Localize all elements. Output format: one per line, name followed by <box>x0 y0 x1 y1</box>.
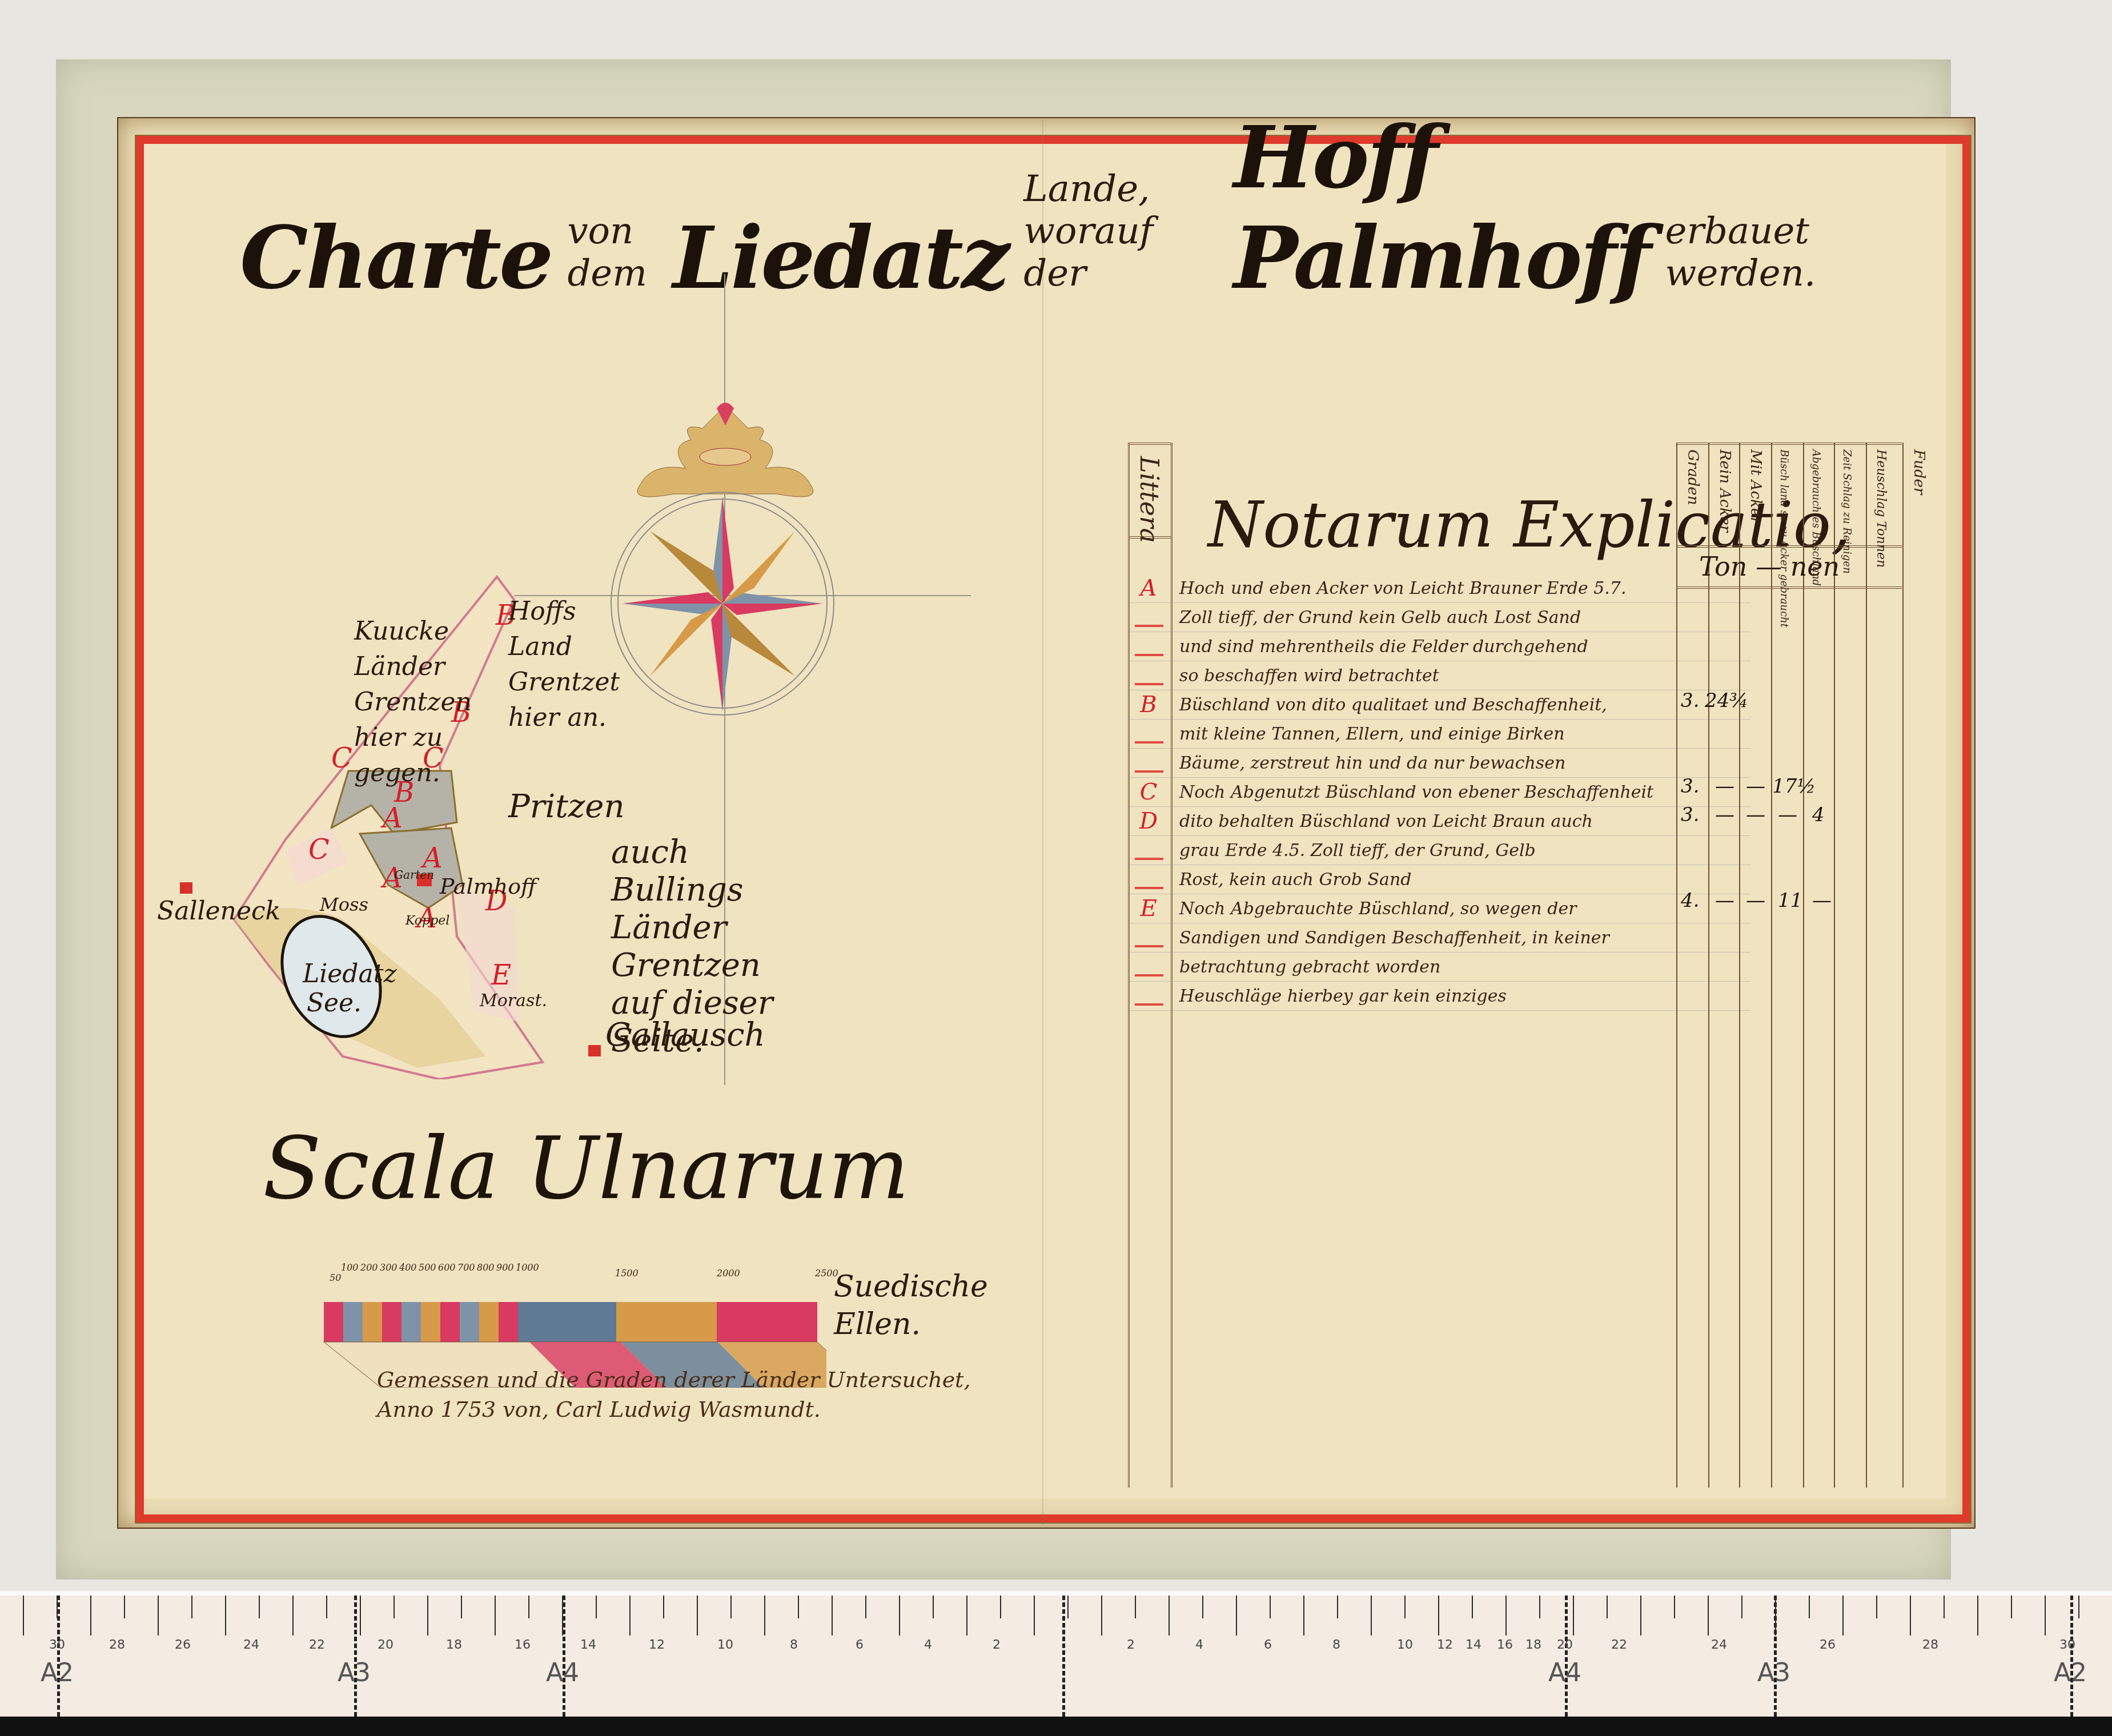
ruler-number: 12 <box>649 1638 665 1652</box>
scale-title: Scala Ulnarum <box>263 1119 909 1219</box>
ruler-number: 16 <box>515 1638 531 1652</box>
label-palmhoff-estate: Palmhoff <box>440 874 536 899</box>
ruler-tick <box>1236 1596 1237 1635</box>
scale-tick: 500 <box>419 1262 436 1273</box>
ruler-tick <box>124 1596 125 1618</box>
ruler-tick <box>832 1596 833 1635</box>
red-dash <box>1135 974 1163 976</box>
ruler-number: 26 <box>1820 1638 1836 1652</box>
ruler-tick <box>629 1596 631 1635</box>
ruler-size-label: A2 <box>2054 1658 2087 1687</box>
table-column-rule <box>1708 443 1709 1488</box>
label-kuucke-borders: Kuucke Länder Grentzen hier zu gegen. <box>354 614 457 791</box>
row-letter: C <box>1134 779 1163 805</box>
cell-graden-D: 4. <box>1681 889 1699 912</box>
red-dash <box>1135 741 1163 744</box>
center-fold <box>1042 120 1043 1525</box>
red-dash <box>1135 770 1163 773</box>
ruler-number: 14 <box>580 1638 596 1652</box>
area-letter: E <box>491 959 511 991</box>
ruler-tick <box>1842 1596 1844 1635</box>
ruler-number: 22 <box>309 1638 325 1652</box>
scanner-edge <box>0 1717 2112 1736</box>
scale-tick: 700 <box>457 1262 475 1273</box>
row-text: Rost, kein auch Grob Sand <box>1179 870 1412 890</box>
row-text: Büschland von dito qualitaet und Beschaf… <box>1179 695 1607 715</box>
ruler-number: 20 <box>378 1638 394 1652</box>
ruler-tick <box>1270 1596 1271 1618</box>
ruler-number: 10 <box>717 1638 733 1652</box>
row-text: Hoch und eben Acker von Leicht Brauner E… <box>1179 578 1627 598</box>
ruler-number: 10 <box>1397 1638 1413 1652</box>
red-dash <box>1135 945 1163 947</box>
surveyor-signature: Gemessen und die Graden derer Länder Unt… <box>377 1365 970 1424</box>
legend-row: so beschaffen wird betrachtet <box>1128 661 1750 690</box>
ruler-number: 30 <box>49 1638 65 1652</box>
ruler-tick <box>90 1596 91 1635</box>
ruler-number: 14 <box>1465 1638 1481 1652</box>
ruler-tick <box>326 1596 327 1618</box>
littera-header-label: Littera <box>1134 456 1163 543</box>
cell-B: — <box>1746 775 1765 798</box>
legend-row: grau Erde 4.5. Zoll tieff, der Grund, Ge… <box>1128 836 1750 865</box>
ruler-number: 20 <box>1557 1638 1573 1652</box>
red-dash <box>1135 654 1163 656</box>
ruler-tick <box>1977 1596 1978 1635</box>
label-garten: Garten <box>394 868 434 882</box>
ruler-tick <box>225 1596 226 1635</box>
row-text: betrachtung gebracht worden <box>1179 957 1440 977</box>
col-header-fuder: Fuder <box>1910 449 1928 495</box>
scale-tick: 1500 <box>615 1268 639 1279</box>
ruler-tick <box>1101 1596 1102 1635</box>
map-title: Charte von dem Liedatz Lande, worauf der… <box>240 160 1839 308</box>
row-text: Heuschläge hierbey gar kein einziges <box>1179 986 1507 1006</box>
tonnen-label: Ton — nen <box>1699 551 1840 582</box>
ruler-tick <box>697 1596 698 1635</box>
scale-tick: 900 <box>496 1262 514 1273</box>
ruler-tick <box>1944 1596 1945 1618</box>
cell-graden-C: 3. <box>1681 803 1699 826</box>
col-header-buschland-acker: Büsch land so zu Acker gebraucht <box>1778 449 1790 628</box>
table-column-rule <box>1866 443 1867 1488</box>
table-column-rule <box>1676 443 1677 1488</box>
ruler-tick <box>1910 1596 1911 1635</box>
ruler-size-label: A3 <box>1757 1658 1790 1687</box>
row-text: so beschaffen wird betrachtet <box>1179 666 1439 686</box>
ruler-number: 28 <box>1922 1638 1938 1652</box>
scale-tick: 50 <box>330 1272 341 1283</box>
legend-row: ENoch Abgebrauchte Büschland, so wegen d… <box>1128 894 1750 923</box>
ruler-number: 2 <box>993 1638 1001 1652</box>
table-column-rule <box>1739 443 1740 1488</box>
ruler-tick <box>1202 1596 1203 1618</box>
ruler-tick <box>495 1596 496 1635</box>
ruler-tick <box>764 1596 765 1635</box>
ruler-number: 6 <box>1264 1638 1272 1652</box>
row-text: Zoll tieff, der Grund kein Gelb auch Los… <box>1179 608 1581 628</box>
ruler-number: 8 <box>790 1638 798 1652</box>
ruler-tick <box>1472 1596 1473 1618</box>
title-part: von dem <box>567 210 657 308</box>
cell-C: — <box>1715 803 1734 826</box>
legend-rows: AHoch und eben Acker von Leicht Brauner … <box>1128 574 1750 1011</box>
ruler-tick <box>461 1596 462 1618</box>
ruler-tick <box>798 1596 799 1618</box>
col-header-zeit-schlag: Zeit Schlag zu Reinigen <box>1841 449 1853 574</box>
legend-row: Ddito behalten Büschland von Leicht Brau… <box>1128 807 1750 836</box>
row-text: Sandigen und Sandigen Beschaffenheit, in… <box>1179 928 1609 948</box>
ruler-tick <box>1539 1596 1540 1618</box>
ruler-tick <box>663 1596 664 1618</box>
measurements-table: Graden Rein Acker Mit Acker Büsch land s… <box>1676 443 1950 1488</box>
ruler-tick <box>427 1596 428 1635</box>
legend-row: betrachtung gebracht worden <box>1128 953 1750 982</box>
ruler-tick <box>1067 1596 1069 1618</box>
ruler-tick <box>1169 1596 1170 1635</box>
scale-tick: 1000 <box>516 1262 539 1273</box>
scale-tick: 600 <box>438 1262 456 1273</box>
ruler-number: 28 <box>109 1638 125 1652</box>
signature-line: Gemessen und die Graden derer Länder Unt… <box>377 1365 970 1395</box>
ruler-tick <box>562 1596 563 1635</box>
label-moss: Moss <box>320 894 368 915</box>
ruler-tick <box>730 1596 732 1618</box>
scale-unit-label: Suedische Ellen. <box>834 1268 948 1343</box>
red-dash <box>1135 1003 1163 1006</box>
ruler-number: 26 <box>175 1638 191 1652</box>
row-letter: B <box>1134 692 1163 718</box>
signature-line: Anno 1753 von, Carl Ludwig Wasmundt. <box>377 1395 970 1424</box>
label-salleneck: Salleneck <box>157 897 280 926</box>
row-text: mit kleine Tannen, Ellern, und einige Bi… <box>1179 724 1565 744</box>
cell-buschland-B: 17½ <box>1772 775 1816 798</box>
ruler-tick <box>1741 1596 1742 1618</box>
legend-row: Rost, kein auch Grob Sand <box>1128 865 1750 894</box>
ruler-tick <box>1034 1596 1035 1635</box>
ruler-tick <box>1640 1596 1641 1635</box>
scale-tick: 400 <box>399 1262 417 1273</box>
ruler-tick <box>360 1596 361 1635</box>
ruler-size-label: A4 <box>1548 1658 1581 1687</box>
ruler-tick <box>1607 1596 1608 1618</box>
estate-map: B B B A A A A C C C D E Kuucke Länder Gr… <box>143 565 828 1079</box>
cell-graden-B: 3. <box>1681 775 1699 798</box>
row-text: grau Erde 4.5. Zoll tieff, der Grund, Ge… <box>1179 841 1536 861</box>
table-rule <box>1676 586 1902 589</box>
ruler-tick <box>23 1596 24 1635</box>
scale-ticks: 50 100 200 300 400 500 600 700 800 900 1… <box>324 1262 826 1285</box>
cell-B: — <box>1715 775 1734 798</box>
ruler-tick <box>2045 1596 2046 1635</box>
row-text: Bäume, zerstreut hin und da nur bewachse… <box>1179 753 1565 773</box>
ruler-size-marker <box>1062 1596 1065 1721</box>
ruler-tick <box>2078 1596 2079 1618</box>
ruler-tick <box>57 1596 58 1618</box>
ruler-tick <box>191 1596 192 1618</box>
table-column-rule <box>1803 443 1804 1488</box>
title-part: Liedatz <box>673 208 1007 308</box>
ruler-tick <box>1135 1596 1136 1618</box>
legend-row: und sind mehrentheils die Felder durchge… <box>1128 632 1750 661</box>
legend-row: CNoch Abgenutzt Büschland von ebener Bes… <box>1128 778 1750 807</box>
title-part: Lande, worauf der <box>1023 168 1217 308</box>
ruler-tick <box>1573 1596 1574 1635</box>
ruler-tick <box>1000 1596 1001 1618</box>
ruler-number: 18 <box>1525 1638 1541 1652</box>
ruler-number: 24 <box>243 1638 259 1652</box>
ruler-tick <box>1303 1596 1304 1635</box>
ruler-number: 22 <box>1611 1638 1627 1652</box>
title-part: Hoff Palmhoff <box>1234 107 1649 308</box>
cell-C: — <box>1746 803 1765 826</box>
col-header-graden: Graden <box>1684 449 1701 505</box>
scale-tick: 2000 <box>717 1268 740 1279</box>
red-dash <box>1135 683 1163 685</box>
ruler-number: 12 <box>1437 1638 1453 1652</box>
ruler-tick <box>1708 1596 1709 1635</box>
row-text: und sind mehrentheils die Felder durchge… <box>1179 637 1588 657</box>
ruler-number: 24 <box>1711 1638 1727 1652</box>
ruler-number: 4 <box>1195 1638 1203 1652</box>
red-dash <box>1135 625 1163 627</box>
ruler-tick <box>1674 1596 1675 1618</box>
ruler-tick <box>259 1596 260 1618</box>
ruler-number: 30 <box>2059 1638 2075 1652</box>
ruler-tick <box>1809 1596 1810 1618</box>
cell-rein-acker-A: 24¾ <box>1705 689 1748 712</box>
table-column-rule <box>1834 443 1835 1488</box>
label-liedatz-lake: Liedatz See. <box>303 959 366 1018</box>
title-part: Charte <box>240 208 551 308</box>
cell-D: — <box>1746 889 1765 912</box>
scale-tick: 100 <box>341 1262 359 1273</box>
ruler-tick <box>596 1596 597 1618</box>
legend-table: Littera Notarum Explicatio, AHoch und eb… <box>1128 443 1950 1493</box>
ruler-tick <box>2011 1596 2012 1618</box>
label-hoffs-borders: Hoffs Land Grentzet hier an. <box>508 594 623 736</box>
ruler-tick <box>1337 1596 1338 1618</box>
label-gallausch: Gallausch <box>605 1016 765 1054</box>
cell-D: — <box>1812 889 1832 912</box>
row-letter: D <box>1134 808 1163 834</box>
scale-tick: 800 <box>477 1262 495 1273</box>
ruler-tick <box>1371 1596 1372 1635</box>
cell-graden-A: 3. <box>1681 689 1699 712</box>
ruler-number: 18 <box>446 1638 462 1652</box>
ruler-tick <box>966 1596 967 1635</box>
ruler-tick <box>1438 1596 1439 1635</box>
scale-tick: 300 <box>380 1262 397 1273</box>
measuring-ruler: 30 28 26 24 22 20 18 16 14 12 10 8 6 4 2… <box>0 1591 2112 1721</box>
label-pritzen: Pritzen <box>508 788 625 825</box>
area-letter: A <box>383 802 403 834</box>
ruler-tick <box>158 1596 159 1635</box>
ruler-tick <box>1876 1596 1877 1618</box>
col-header-rein-acker: Rein Acker <box>1716 449 1733 532</box>
ruler-tick <box>1404 1596 1406 1618</box>
label-morast: Morast. <box>480 991 547 1011</box>
legend-row: AHoch und eben Acker von Leicht Brauner … <box>1128 574 1750 603</box>
cell-C: — <box>1778 803 1797 826</box>
red-dash <box>1135 858 1163 860</box>
ruler-tick <box>933 1596 934 1618</box>
ruler-size-label: A3 <box>338 1658 371 1687</box>
row-letter: A <box>1134 575 1163 601</box>
ruler-tick <box>394 1596 395 1618</box>
area-letter: C <box>308 834 330 866</box>
legend-row: Heuschläge hierbey gar kein einziges <box>1128 982 1750 1011</box>
ruler-tick <box>1505 1596 1507 1635</box>
ruler-tick <box>899 1596 900 1635</box>
row-text: Noch Abgebrauchte Büschland, so wegen de… <box>1179 899 1577 919</box>
table-column-rule <box>1771 443 1772 1488</box>
table-column-rule <box>1902 443 1904 1488</box>
ruler-tick <box>865 1596 866 1618</box>
ruler-number: 16 <box>1497 1638 1513 1652</box>
cell-abgebraucht-C: 4 <box>1812 803 1825 826</box>
ruler-tick <box>292 1596 294 1635</box>
ruler-size-label: A2 <box>41 1658 74 1687</box>
row-letter: E <box>1134 895 1163 922</box>
legend-row: BBüschland von dito qualitaet und Bescha… <box>1128 690 1750 720</box>
legend-row: Zoll tieff, der Grund kein Gelb auch Los… <box>1128 603 1750 632</box>
title-part: erbauet werden. <box>1665 210 1839 308</box>
ruler-tick <box>1775 1596 1776 1635</box>
label-koppel: Koppel <box>405 914 449 928</box>
row-text: Noch Abgenutzt Büschland von ebener Besc… <box>1179 782 1653 802</box>
littera-header: Littera <box>1130 443 1171 539</box>
col-header-mit-acker: Mit Acker <box>1747 449 1764 524</box>
ruler-number: 2 <box>1127 1638 1135 1652</box>
area-letter: C <box>331 742 352 774</box>
ruler-number: 8 <box>1332 1638 1340 1652</box>
legend-row: Bäume, zerstreut hin und da nur bewachse… <box>1128 749 1750 778</box>
ruler-number: 6 <box>856 1638 864 1652</box>
legend-row: Sandigen und Sandigen Beschaffenheit, in… <box>1128 923 1750 953</box>
scale-tick: 200 <box>360 1262 378 1273</box>
row-text: dito behalten Büschland von Leicht Braun… <box>1179 811 1593 831</box>
ruler-size-label: A4 <box>546 1658 579 1687</box>
legend-row: mit kleine Tannen, Ellern, und einige Bi… <box>1128 720 1750 749</box>
red-dash <box>1135 887 1163 889</box>
cell-D: — <box>1715 889 1734 912</box>
col-header-heuschlag: Heuschlag Tonnen <box>1874 449 1888 568</box>
ruler-number: 4 <box>924 1638 932 1652</box>
ruler-tick <box>528 1596 529 1618</box>
cell-buschland-D: 11 <box>1778 889 1802 912</box>
